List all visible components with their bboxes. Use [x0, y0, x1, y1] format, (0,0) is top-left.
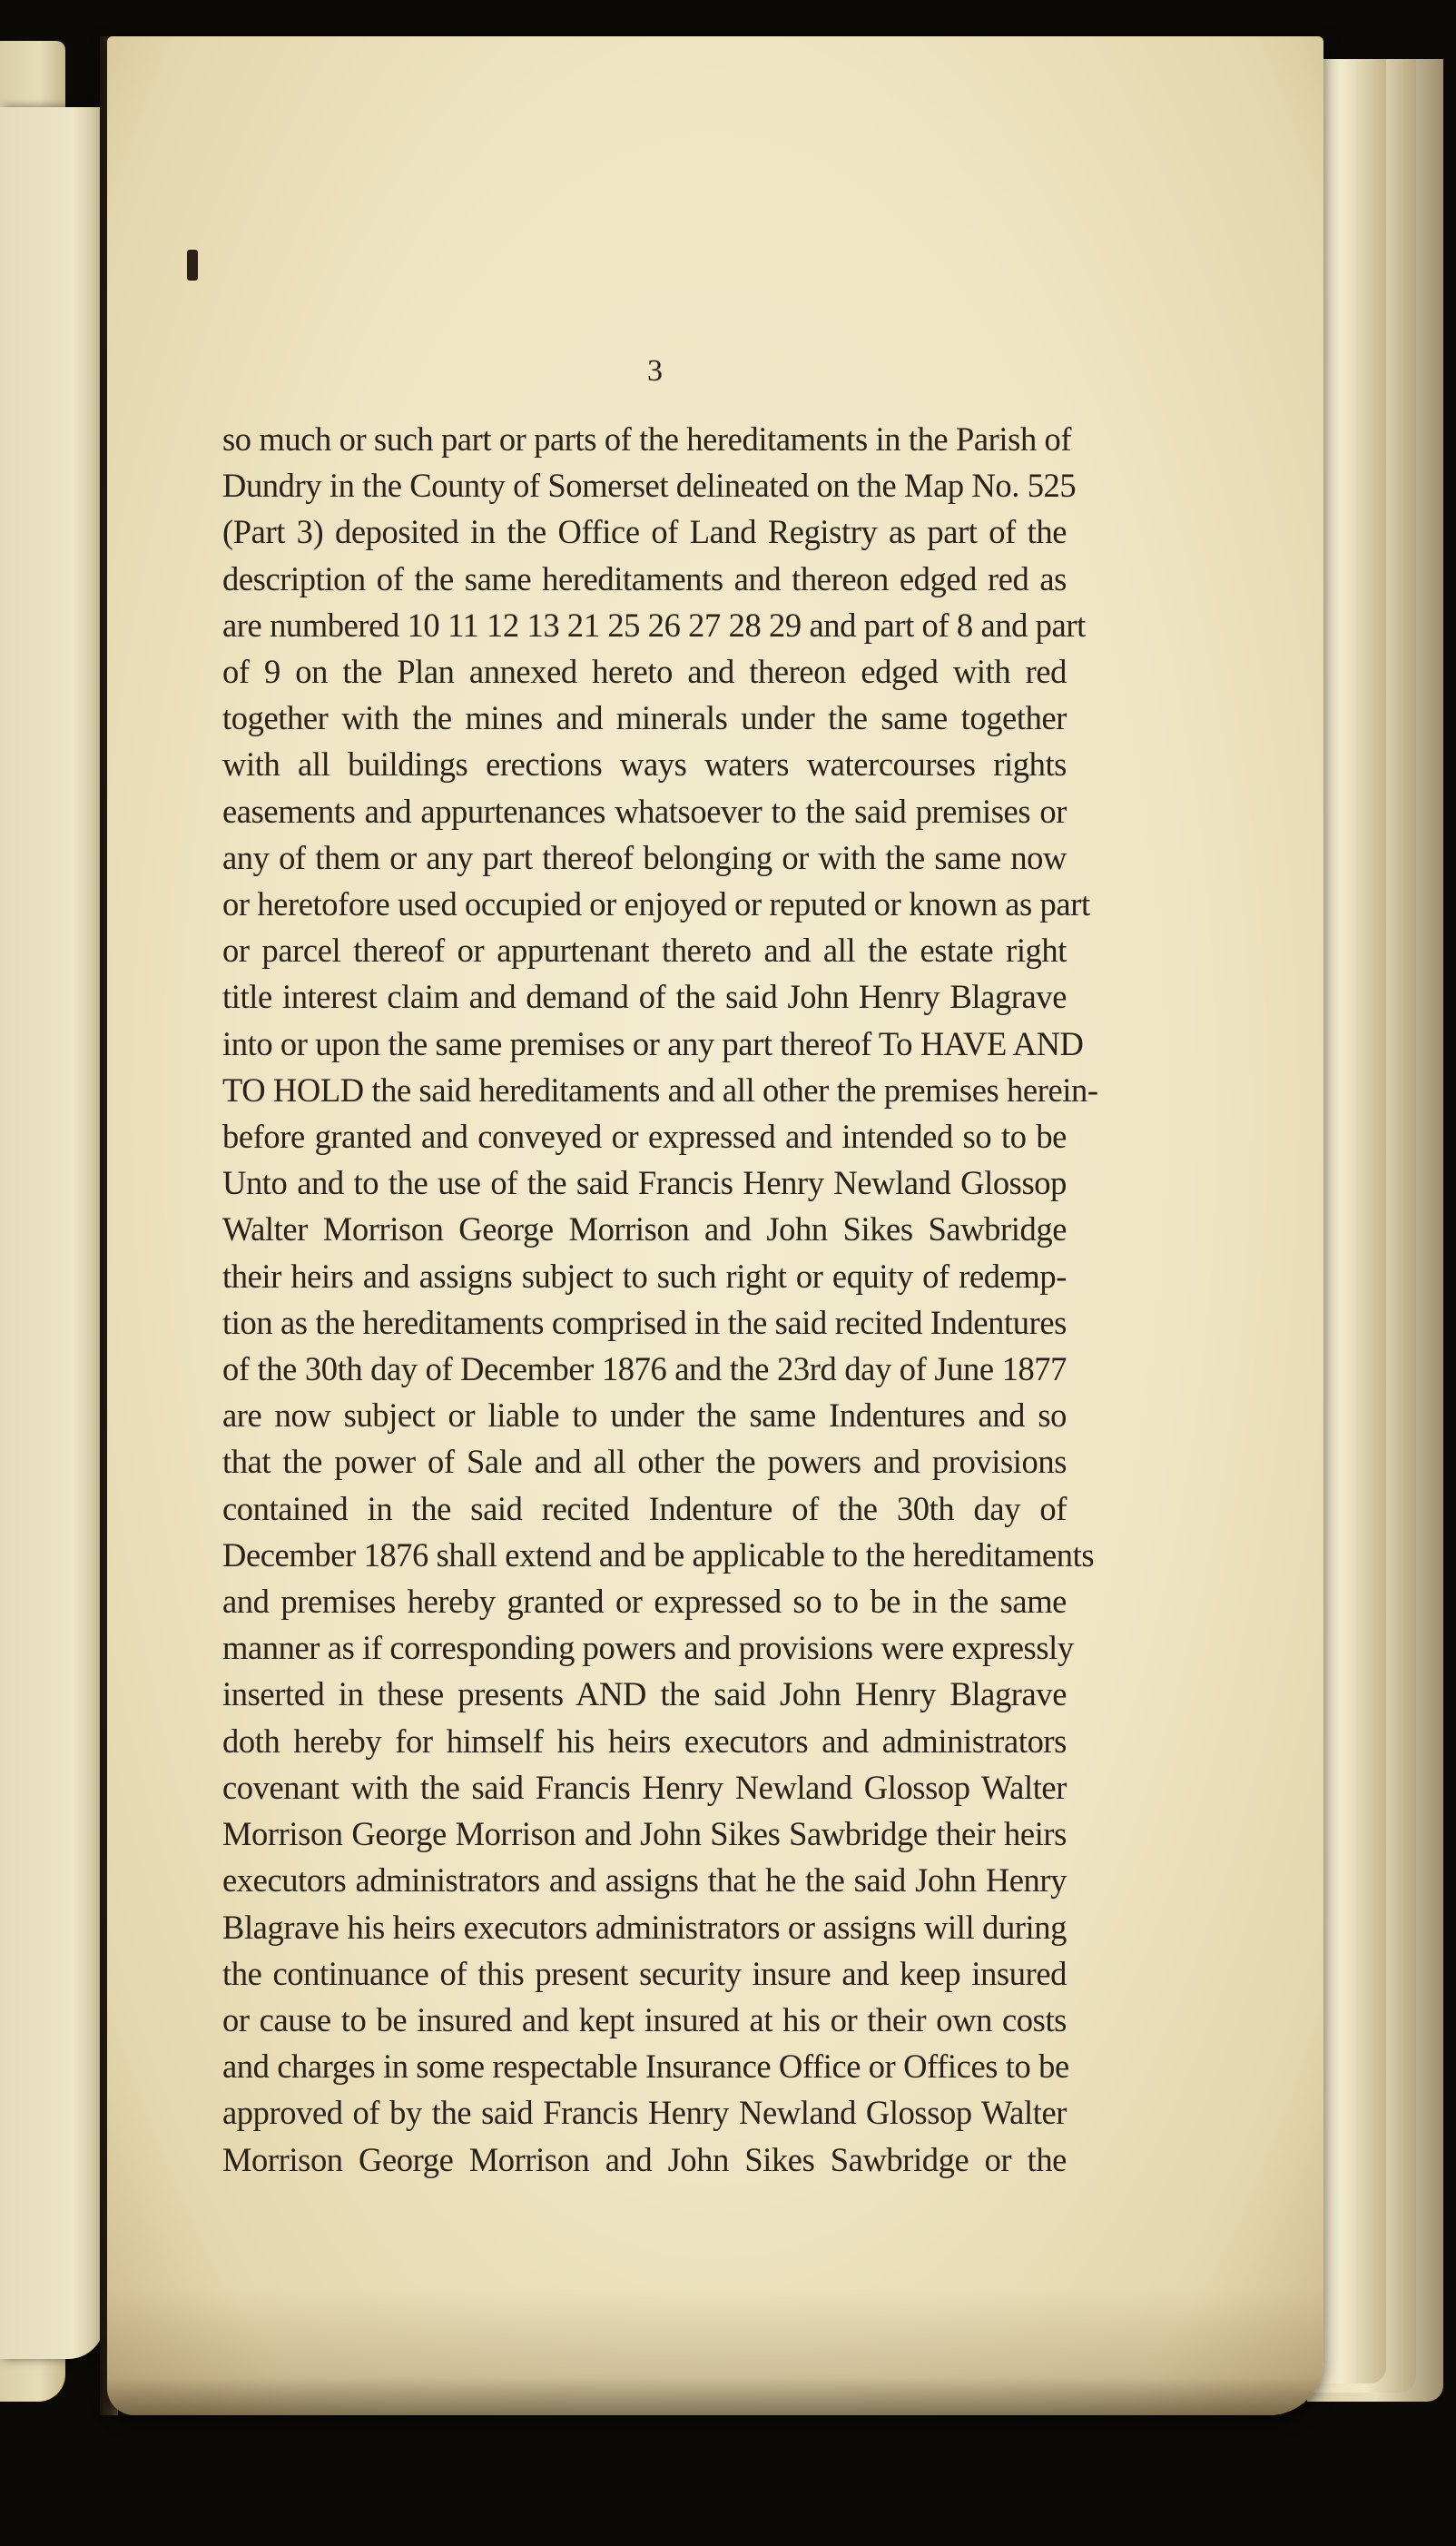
text-line: any of them or any part thereof belongin…: [222, 834, 1067, 881]
text-line: of 9 on the Plan annexed hereto and ther…: [222, 648, 1067, 695]
text-line: Dundry in the County of Somerset delinea…: [222, 462, 1067, 508]
book-scan: 3 so much or such part or parts of the h…: [0, 0, 1456, 2546]
text-line: of the 30th day of December 1876 and the…: [222, 1346, 1067, 1392]
text-line: Walter Morrison George Morrison and John…: [222, 1206, 1067, 1252]
text-line: doth hereby for himself his heirs execut…: [222, 1718, 1067, 1764]
text-line: with all buildings erections ways waters…: [222, 741, 1067, 787]
text-line: Morrison George Morrison and John Sikes …: [222, 1811, 1067, 1857]
text-line: so much or such part or parts of the her…: [222, 416, 1067, 462]
text-line: tion as the hereditaments comprised in t…: [222, 1299, 1067, 1346]
text-line: approved of by the said Francis Henry Ne…: [222, 2089, 1067, 2136]
text-line: that the power of Sale and all other the…: [222, 1438, 1067, 1485]
text-line: or heretofore used occupied or enjoyed o…: [222, 881, 1067, 927]
text-line: Blagrave his heirs executors administrat…: [222, 1904, 1067, 1950]
page-number: 3: [647, 354, 663, 389]
text-line: covenant with the said Francis Henry New…: [222, 1764, 1067, 1811]
text-line: into or upon the same premises or any pa…: [222, 1021, 1067, 1067]
text-line: (Part 3) deposited in the Office of Land…: [222, 508, 1067, 555]
text-line: December 1876 shall extend and be applic…: [222, 1532, 1067, 1578]
text-line: title interest claim and demand of the s…: [222, 973, 1067, 1020]
text-line: before granted and conveyed or expressed…: [222, 1113, 1067, 1160]
text-line: together with the mines and minerals und…: [222, 695, 1067, 741]
text-line: are numbered 10 11 12 13 21 25 26 27 28 …: [222, 602, 1067, 648]
text-line: easements and appurtenances whatsoever t…: [222, 788, 1067, 834]
text-line: the continuance of this present security…: [222, 1950, 1067, 1997]
text-line: description of the same hereditaments an…: [222, 556, 1067, 602]
text-line: manner as if corresponding powers and pr…: [222, 1624, 1067, 1671]
text-line: and premises hereby granted or expressed…: [222, 1578, 1067, 1624]
text-line: their heirs and assigns subject to such …: [222, 1253, 1067, 1299]
text-line: inserted in these presents AND the said …: [222, 1671, 1067, 1717]
previous-page: [0, 107, 104, 2359]
text-line: contained in the said recited Indenture …: [222, 1485, 1067, 1532]
text-line: are now subject or liable to under the s…: [222, 1392, 1067, 1438]
text-line: executors administrators and assigns tha…: [222, 1857, 1067, 1903]
text-line: Unto and to the use of the said Francis …: [222, 1160, 1067, 1206]
text-line: TO HOLD the said hereditaments and all o…: [222, 1067, 1067, 1113]
text-line: and charges in some respectable Insuranc…: [222, 2043, 1067, 2089]
deed-text: so much or such part or parts of the her…: [222, 416, 1067, 2183]
binding-hole: [187, 250, 198, 281]
text-line: or cause to be insured and kept insured …: [222, 1997, 1067, 2043]
document-page: 3 so much or such part or parts of the h…: [107, 36, 1323, 2415]
text-line: or parcel thereof or appurtenant thereto…: [222, 927, 1067, 973]
text-line: Morrison George Morrison and John Sikes …: [222, 2136, 1067, 2183]
